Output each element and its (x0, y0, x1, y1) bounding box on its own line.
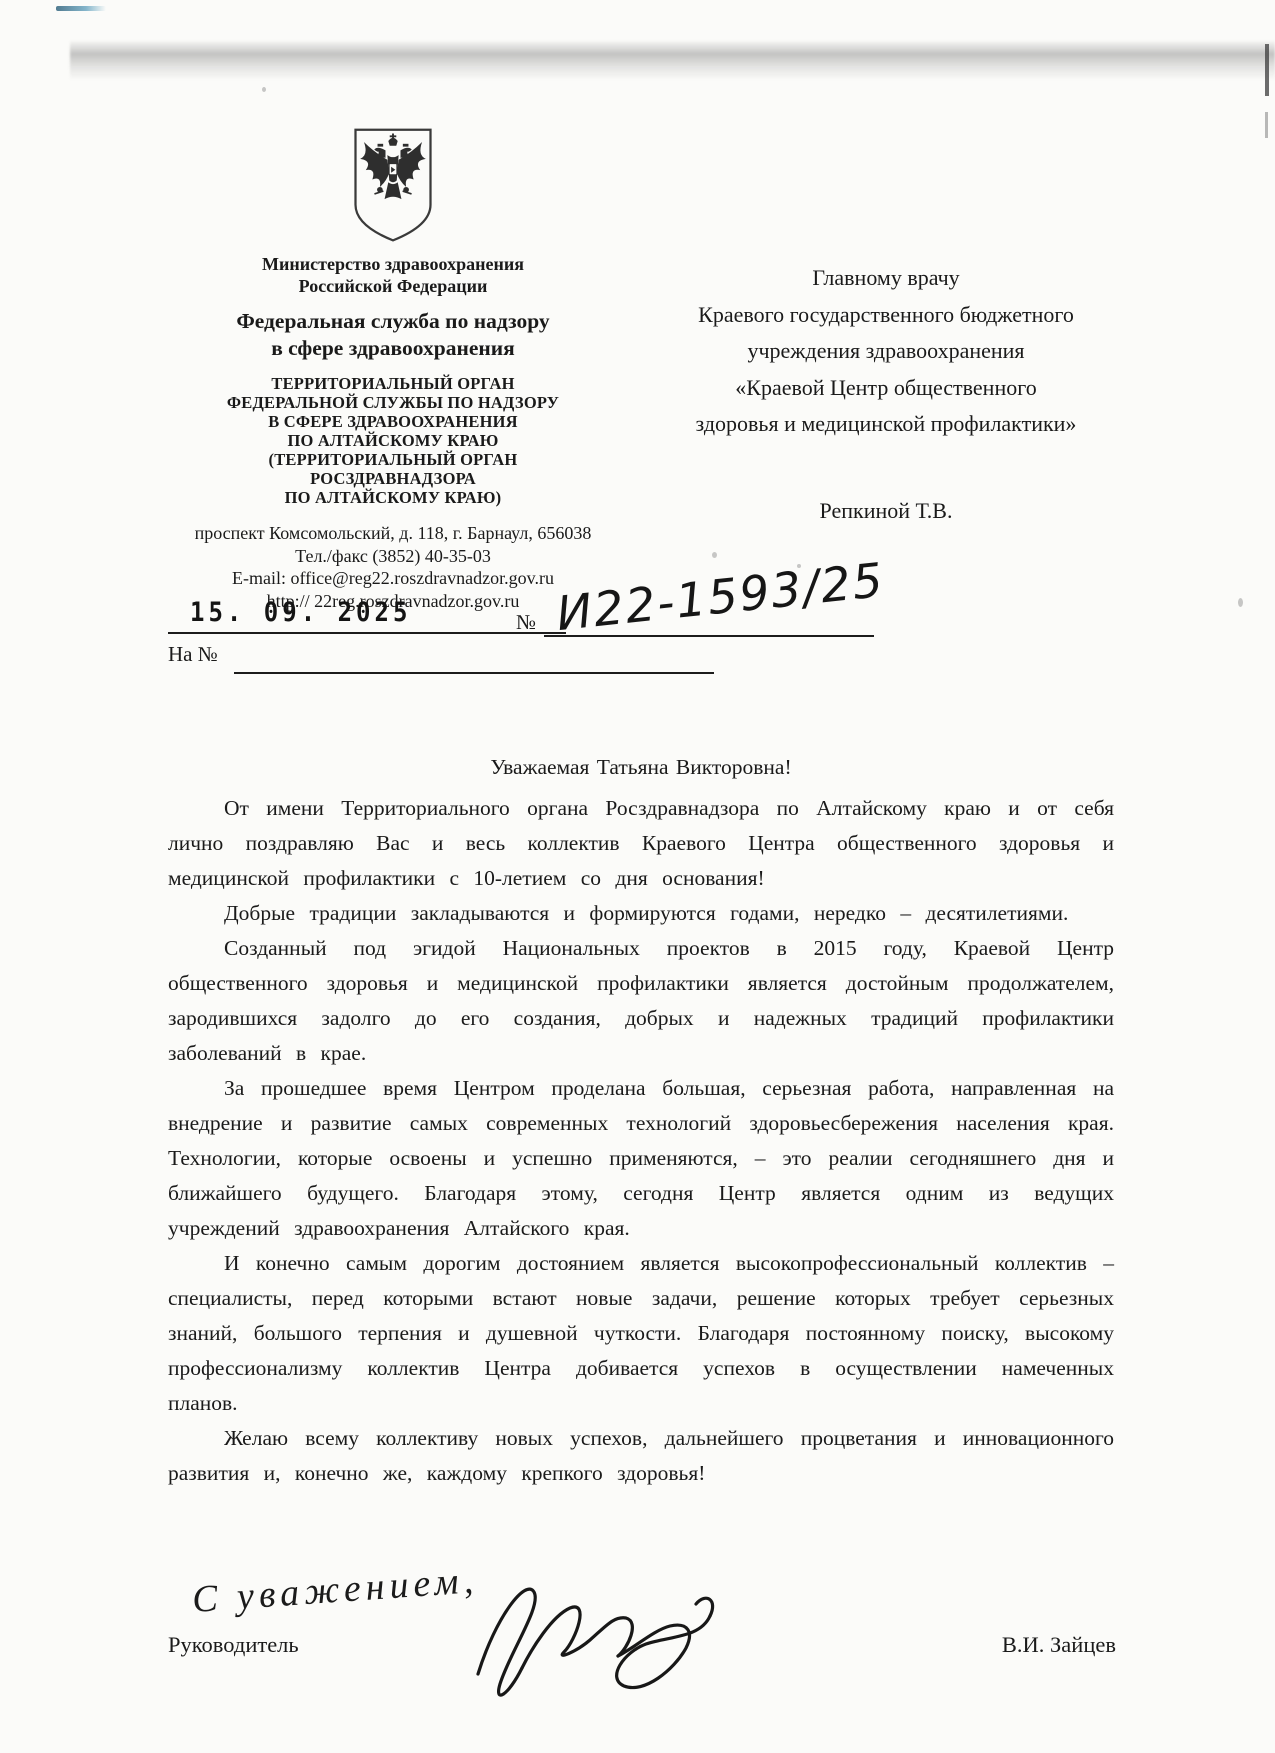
recipient-block: Главному врачу Краевого государственного… (628, 260, 1144, 529)
letter-body: Уважаемая Татьяна Викторовна! От имени Т… (168, 750, 1114, 1491)
signature-row: Руководитель В.И. Зайцев (168, 1632, 1116, 1658)
reference-block: 15. 09. 2025 № И22-1593/25 На № (168, 598, 958, 690)
coat-of-arms-icon (345, 126, 441, 246)
recipient-name: Репкиной Т.В. (628, 493, 1144, 530)
reply-number-underline (234, 672, 714, 674)
territorial-org-line: ФЕДЕРАЛЬНОЙ СЛУЖБЫ ПО НАДЗОРУ (158, 393, 628, 412)
scanned-letter-page: Министерство здравоохранения Российской … (0, 0, 1275, 1753)
body-paragraph: И конечно самым дорогим достоянием являе… (168, 1246, 1114, 1421)
recipient-line: «Краевой Центр общественного (628, 370, 1144, 407)
contact-phone: Тел./факс (3852) 40-35-03 (158, 545, 628, 568)
body-paragraph: Добрые традиции закладываются и формирую… (168, 896, 1114, 931)
recipient-line: Краевого государственного бюджетного (628, 297, 1144, 334)
body-paragraph: Созданный под эгидой Национальных проект… (168, 931, 1114, 1071)
body-paragraph: Желаю всему коллективу новых успехов, да… (168, 1421, 1114, 1491)
scan-artifact-edge-dash (1265, 112, 1268, 138)
territorial-org-line: ПО АЛТАЙСКОМУ КРАЮ) (158, 488, 628, 507)
territorial-org-line: (ТЕРРИТОРИАЛЬНЫЙ ОРГАН (158, 450, 628, 469)
ref-number-underline (544, 635, 874, 637)
salutation: Уважаемая Татьяна Викторовна! (168, 750, 1114, 785)
body-paragraph: За прошедшее время Центром проделана бол… (168, 1071, 1114, 1246)
territorial-org-line: ТЕРРИТОРИАЛЬНЫЙ ОРГАН (158, 374, 628, 393)
scan-artifact-speck (262, 87, 266, 92)
contact-address: проспект Комсомольский, д. 118, г. Барна… (158, 522, 628, 545)
territorial-org-line: ПО АЛТАЙСКОМУ КРАЮ (158, 431, 628, 450)
date-stamp: 15. 09. 2025 (190, 596, 411, 627)
letterhead: Министерство здравоохранения Российской … (158, 126, 628, 612)
reply-number-label: На № (168, 642, 218, 667)
scan-artifact-blue-mark (56, 6, 106, 11)
scan-artifact-speck (1238, 598, 1243, 607)
closing-handwritten: С уважением, (191, 1558, 480, 1622)
territorial-org-line: РОСЗДРАВНАДЗОРА (158, 469, 628, 488)
scan-artifact-top-band (70, 40, 1275, 80)
service-name-line: в сфере здравоохранения (158, 335, 628, 362)
date-underline (168, 632, 566, 634)
ref-number-label: № (516, 610, 536, 635)
ministry-name-line: Российской Федерации (158, 276, 628, 298)
scan-artifact-edge-dash (1265, 44, 1269, 96)
territorial-org-line: В СФЕРЕ ЗДРАВООХРАНЕНИЯ (158, 412, 628, 431)
body-paragraph: От имени Территориального органа Росздра… (168, 791, 1114, 896)
signer-position: Руководитель (168, 1632, 299, 1658)
recipient-line: здоровья и медицинской профилактики» (628, 406, 1144, 443)
recipient-line: Главному врачу (628, 260, 1144, 297)
service-name-line: Федеральная служба по надзору (158, 308, 628, 335)
signer-name: В.И. Зайцев (1002, 1632, 1116, 1658)
scan-artifact-speck (712, 552, 717, 558)
ministry-name-line: Министерство здравоохранения (158, 254, 628, 276)
recipient-line: учреждения здравоохранения (628, 333, 1144, 370)
